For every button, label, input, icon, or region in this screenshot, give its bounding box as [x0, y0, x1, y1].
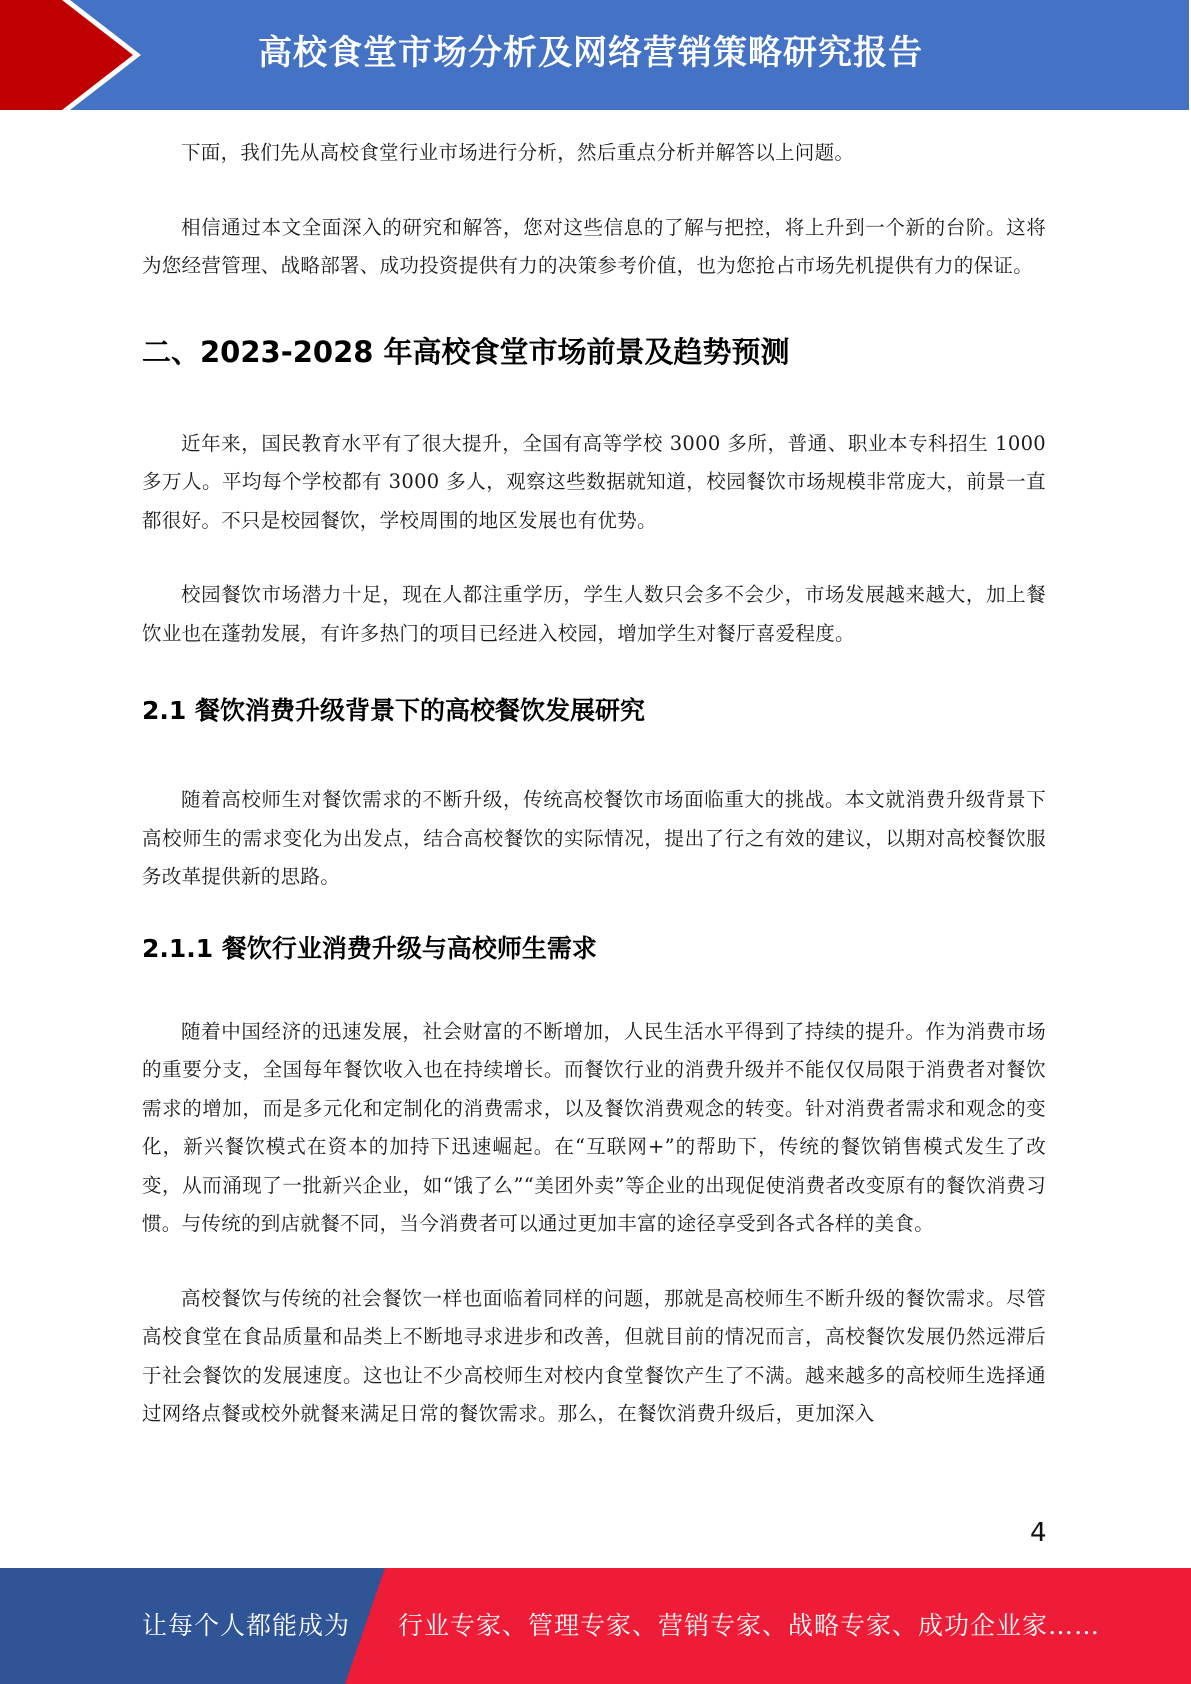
footer-slogan-left: 让每个人都能成为 [142, 1568, 350, 1684]
section-heading-2: 二、2023-2028 年高校食堂市场前景及趋势预测 [142, 330, 1046, 371]
report-title: 高校食堂市场分析及网络营销策略研究报告 [258, 0, 923, 110]
arrow-chevron-icon [0, 0, 160, 110]
section-2-1-paragraph-1: 随着高校师生对餐饮需求的不断升级，传统高校餐饮市场面临重大的挑战。本文就消费升级… [142, 781, 1046, 897]
section-heading-2-1: 2.1 餐饮消费升级背景下的高校餐饮发展研究 [142, 691, 1046, 727]
section-2-1-1-paragraph-1: 随着中国经济的迅速发展，社会财富的不断增加，人民生活水平得到了持续的提升。作为消… [142, 1013, 1046, 1244]
footer-banner: 让每个人都能成为 行业专家、管理专家、营销专家、战略专家、成功企业家…… [0, 1568, 1191, 1684]
report-header-banner: 高校食堂市场分析及网络营销策略研究报告 [0, 0, 1189, 110]
footer-slogan-right: 行业专家、管理专家、营销专家、战略专家、成功企业家…… [398, 1568, 1100, 1684]
page-number: 4 [1030, 1518, 1047, 1548]
intro-paragraph-1: 下面，我们先从高校食堂行业市场进行分析，然后重点分析并解答以上问题。 [142, 134, 1046, 173]
section-2-1-1-paragraph-2: 高校餐饮与传统的社会餐饮一样也面临着同样的问题，那就是高校师生不断升级的餐饮需求… [142, 1280, 1046, 1434]
intro-paragraph-2: 相信通过本文全面深入的研究和解答，您对这些信息的了解与把控，将上升到一个新的台阶… [142, 209, 1046, 286]
section-2-paragraph-1: 近年来，国民教育水平有了很大提升，全国有高等学校 3000 多所，普通、职业本专… [142, 425, 1046, 541]
section-2-paragraph-2: 校园餐饮市场潜力十足，现在人都注重学历，学生人数只会多不会少，市场发展越来越大，… [142, 576, 1046, 653]
section-heading-2-1-1: 2.1.1 餐饮行业消费升级与高校师生需求 [142, 929, 1046, 965]
page-content: 下面，我们先从高校食堂行业市场进行分析，然后重点分析并解答以上问题。 相信通过本… [142, 130, 1046, 1434]
